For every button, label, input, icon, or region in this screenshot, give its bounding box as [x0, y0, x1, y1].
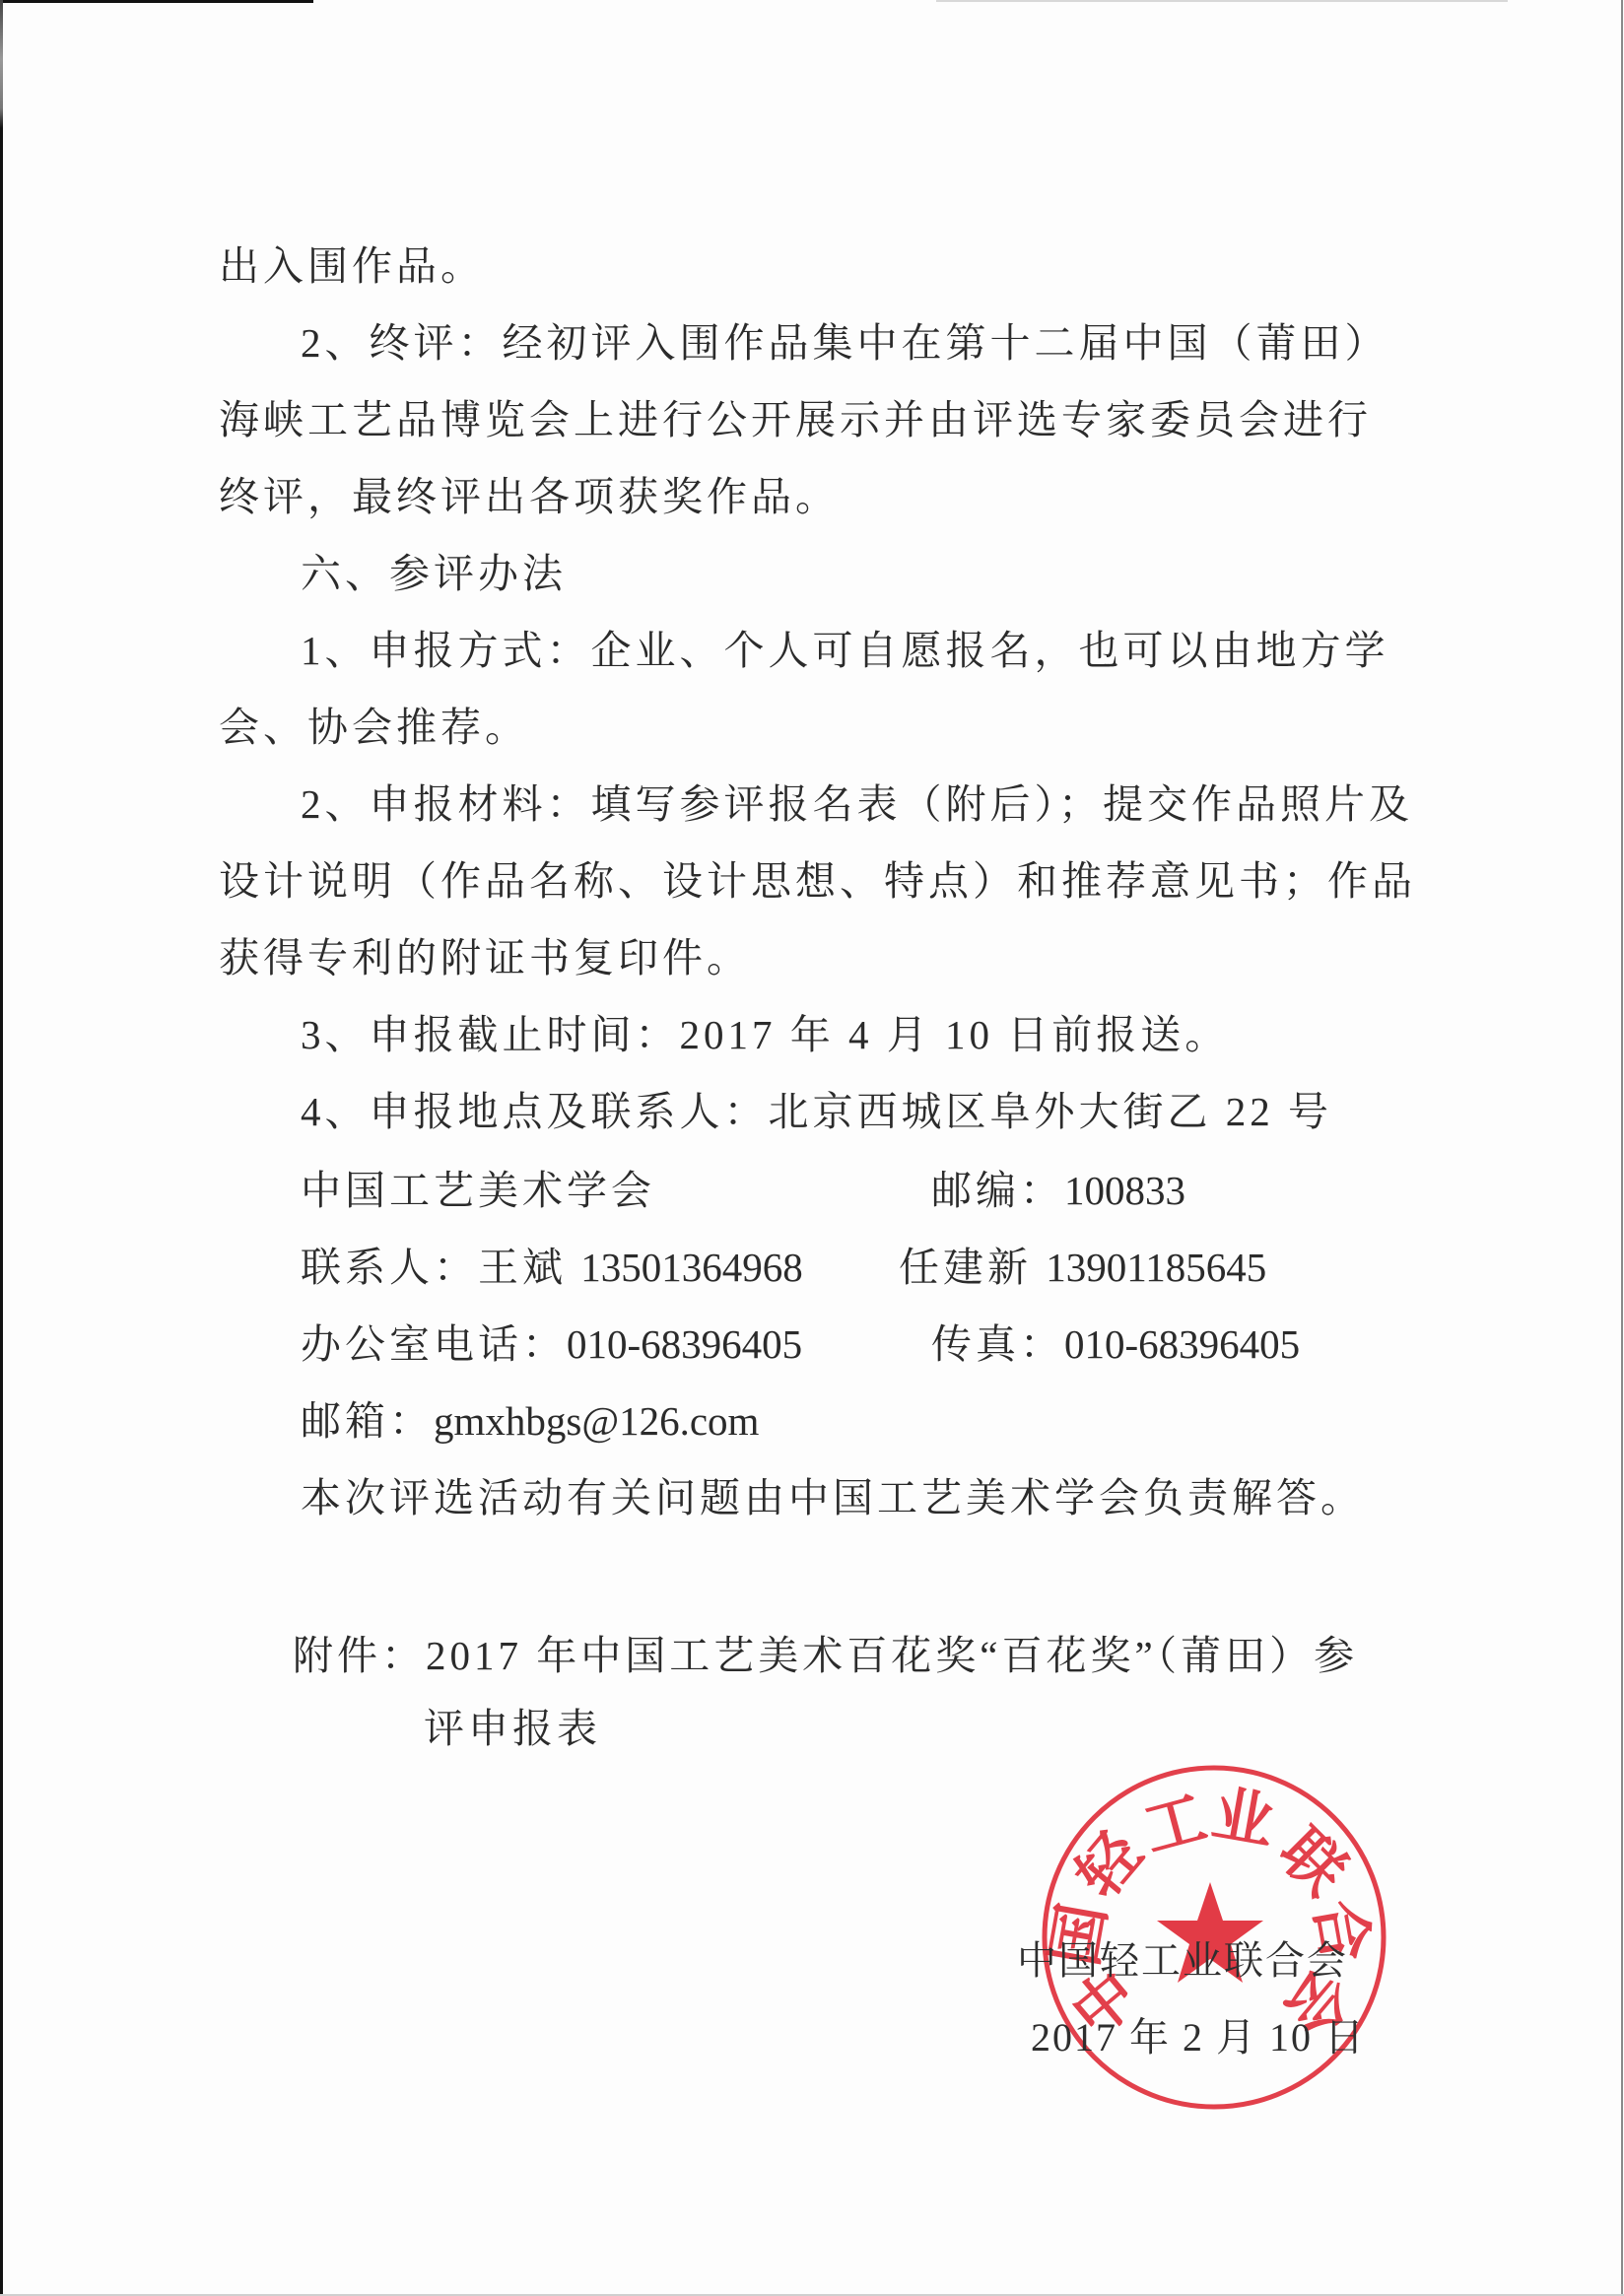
- paragraph-line: 终评，最终评出各项获奖作品。: [219, 473, 840, 520]
- signature-org: 中国轻工业联合会: [1017, 1939, 1348, 1983]
- postcode-value: 100833: [1064, 1168, 1185, 1213]
- office-phone-value: 010-68396405: [567, 1321, 802, 1367]
- contact1-phone: 13501364968: [580, 1245, 803, 1290]
- office-phone: 办公室电话：010-68396405: [301, 1320, 802, 1368]
- attachment-label: 附件：: [293, 1633, 426, 1678]
- fax: 传真：010-68396405: [931, 1320, 1300, 1368]
- contact2-phone: 13901185645: [1046, 1245, 1266, 1290]
- email-label: 邮箱：: [301, 1398, 434, 1444]
- paragraph-line: 获得专利的附证书复印件。: [219, 934, 751, 981]
- email-value: gmxhbgs@126.com: [434, 1398, 759, 1444]
- attachment-title: 2017 年中国工艺美术百花奖“百花奖”（莆田）参: [426, 1633, 1358, 1678]
- section-heading: 六、参评办法: [301, 550, 567, 597]
- email: 邮箱：gmxhbgs@126.com: [301, 1397, 759, 1445]
- signature-date: 2017 年 2 月 10 日: [1031, 2016, 1366, 2060]
- paragraph-line: 2、申报材料：填写参评报名表（附后）；提交作品照片及: [301, 780, 1413, 828]
- paragraph-line: 海峡工艺品博览会上进行公开展示并由评选专家委员会进行: [219, 396, 1372, 443]
- contacts-label: 联系人：: [301, 1245, 478, 1290]
- scan-edge-right: [1621, 0, 1623, 2296]
- fax-value: 010-68396405: [1064, 1321, 1300, 1367]
- postcode-label: 邮编：: [931, 1168, 1064, 1213]
- scan-edge-left: [0, 0, 3, 2296]
- deadline-line: 3、申报截止时间：2017 年 4 月 10 日前报送。: [301, 1011, 1229, 1058]
- seal-char: 业: [1207, 1777, 1280, 1858]
- attachment-line: 附件：2017 年中国工艺美术百花奖“百花奖”（莆田）参: [293, 1632, 1358, 1679]
- contact-person-1: 联系人：王斌 13501364968: [301, 1244, 803, 1291]
- contact2-name: 任建新: [899, 1245, 1032, 1290]
- official-seal: 中 国 轻 工 业 联 合 会: [1037, 1760, 1391, 2115]
- closing-note: 本次评选活动有关问题由中国工艺美术学会负责解答。: [301, 1474, 1365, 1521]
- fax-label: 传真：: [931, 1321, 1064, 1367]
- paragraph-line: 1、申报方式：企业、个人可自愿报名，也可以由地方学: [301, 627, 1389, 674]
- office-phone-label: 办公室电话：: [301, 1321, 567, 1367]
- attachment-line-2: 评申报表: [424, 1705, 601, 1752]
- paragraph-line: 出入围作品。: [219, 242, 485, 290]
- seal-char: 工: [1136, 1781, 1214, 1866]
- postcode: 邮编：100833: [931, 1167, 1185, 1214]
- address-line: 4、申报地点及联系人：北京西城区阜外大街乙 22 号: [301, 1088, 1332, 1135]
- seal-char: 轻: [1061, 1817, 1156, 1911]
- paragraph-line: 设计说明（作品名称、设计思想、特点）和推荐意见书；作品: [219, 857, 1416, 905]
- scan-edge-top: [0, 0, 313, 3]
- contact-person-2: 任建新 13901185645: [899, 1244, 1266, 1291]
- paragraph-line: 2、终评：经初评入围作品集中在第十二届中国（莆田）: [301, 319, 1389, 367]
- scan-edge-top-faint: [936, 0, 1508, 2]
- contact-org: 中国工艺美术学会: [301, 1167, 655, 1214]
- contact1-name: 王斌: [478, 1245, 567, 1290]
- paragraph-line: 会、协会推荐。: [219, 704, 529, 751]
